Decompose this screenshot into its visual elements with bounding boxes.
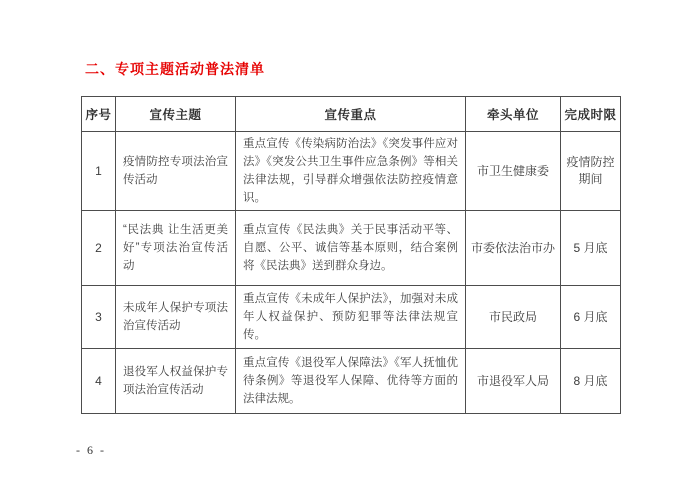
cell-deadline: 8 月底 [561, 349, 621, 414]
cell-lead: 市委依法治市办 [466, 211, 561, 286]
cell-no: 4 [82, 349, 116, 414]
cell-theme: “民法典 让生活更美好”专项法治宣传活动 [116, 211, 236, 286]
column-header-focus: 宣传重点 [236, 97, 466, 132]
cell-deadline: 5 月底 [561, 211, 621, 286]
section-title: 二、专项主题活动普法清单 [85, 59, 265, 79]
table-header-row: 序号 宣传主题 宣传重点 牵头单位 完成时限 [82, 97, 621, 132]
page-number: - 6 - [76, 443, 106, 458]
cell-deadline: 6 月底 [561, 286, 621, 349]
cell-lead: 市卫生健康委 [466, 132, 561, 211]
cell-focus: 重点宣传《传染病防治法》《突发事件应对法》《突发公共卫生事件应急条例》等相关法律… [236, 132, 466, 211]
table-row: 1 疫情防控专项法治宣传活动 重点宣传《传染病防治法》《突发事件应对法》《突发公… [82, 132, 621, 211]
cell-focus: 重点宣传《民法典》关于民事活动平等、自愿、公平、诚信等基本原则，结合案例将《民法… [236, 211, 466, 286]
table-row: 4 退役军人权益保护专项法治宣传活动 重点宣传《退役军人保障法》《军人抚恤优待条… [82, 349, 621, 414]
table-row: 3 未成年人保护专项法治宣传活动 重点宣传《未成年人保护法》，加强对未成年人权益… [82, 286, 621, 349]
cell-focus: 重点宣传《退役军人保障法》《军人抚恤优待条例》等退役军人保障、优待等方面的法律法… [236, 349, 466, 414]
cell-theme: 未成年人保护专项法治宣传活动 [116, 286, 236, 349]
punfa-list-table: 序号 宣传主题 宣传重点 牵头单位 完成时限 1 疫情防控专项法治宣传活动 重点… [81, 96, 621, 414]
cell-theme: 疫情防控专项法治宣传活动 [116, 132, 236, 211]
cell-focus: 重点宣传《未成年人保护法》，加强对未成年人权益保护、预防犯罪等法律法规宣传。 [236, 286, 466, 349]
cell-no: 1 [82, 132, 116, 211]
column-header-theme: 宣传主题 [116, 97, 236, 132]
cell-no: 2 [82, 211, 116, 286]
cell-deadline: 疫情防控期间 [561, 132, 621, 211]
cell-no: 3 [82, 286, 116, 349]
cell-theme: 退役军人权益保护专项法治宣传活动 [116, 349, 236, 414]
column-header-deadline: 完成时限 [561, 97, 621, 132]
cell-lead: 市民政局 [466, 286, 561, 349]
table-row: 2 “民法典 让生活更美好”专项法治宣传活动 重点宣传《民法典》关于民事活动平等… [82, 211, 621, 286]
document-page: 二、专项主题活动普法清单 序号 宣传主题 宣传重点 牵头单位 完成时限 1 疫情… [0, 0, 700, 494]
column-header-no: 序号 [82, 97, 116, 132]
column-header-lead: 牵头单位 [466, 97, 561, 132]
cell-lead: 市退役军人局 [466, 349, 561, 414]
